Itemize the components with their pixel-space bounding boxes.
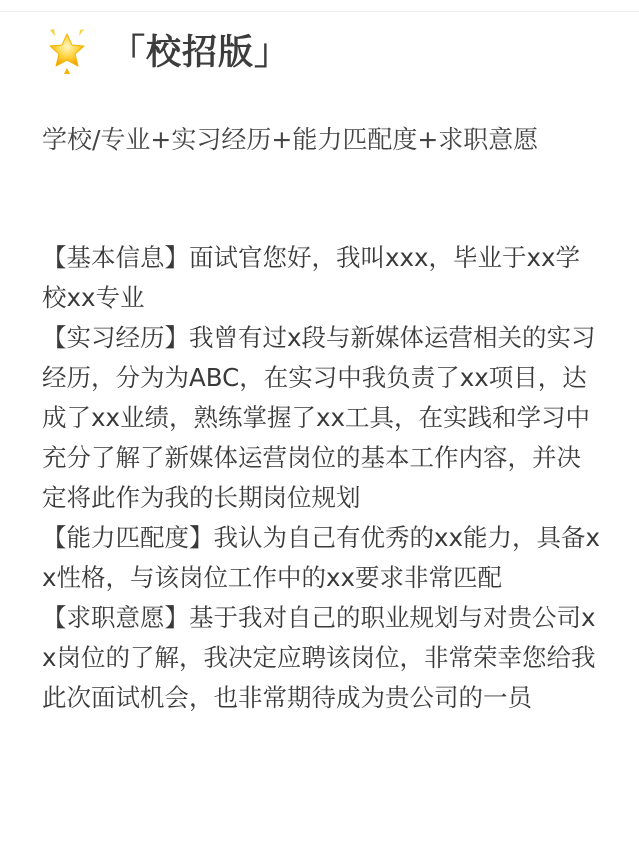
- top-divider: [0, 11, 639, 12]
- section-label: 【基本信息】: [42, 243, 189, 272]
- title-row: 「校招版」: [44, 22, 290, 78]
- glowing-star-icon: [44, 25, 90, 75]
- sections: 【基本信息】面试官您好，我叫xxx，毕业于xx学校xx专业 【实习经历】我曾有过…: [42, 238, 602, 718]
- section-label: 【实习经历】: [42, 323, 189, 352]
- section-ability-match: 【能力匹配度】我认为自己有优秀的xx能力，具备xx性格，与该岗位工作中的xx要求…: [42, 518, 602, 598]
- section-label: 【能力匹配度】: [42, 523, 214, 552]
- section-label: 【求职意愿】: [42, 603, 189, 632]
- section-internship: 【实习经历】我曾有过x段与新媒体运营相关的实习经历，分为为ABC，在实习中我负责…: [42, 318, 602, 518]
- section-basic-info: 【基本信息】面试官您好，我叫xxx，毕业于xx学校xx专业: [42, 238, 602, 318]
- page-title: 「校招版」: [110, 25, 290, 75]
- intro-formula: 学校/专业+实习经历+能力匹配度+求职意愿: [42, 120, 602, 160]
- section-job-intention: 【求职意愿】基于我对自己的职业规划与对贵公司xx岗位的了解，我决定应聘该岗位，非…: [42, 598, 602, 718]
